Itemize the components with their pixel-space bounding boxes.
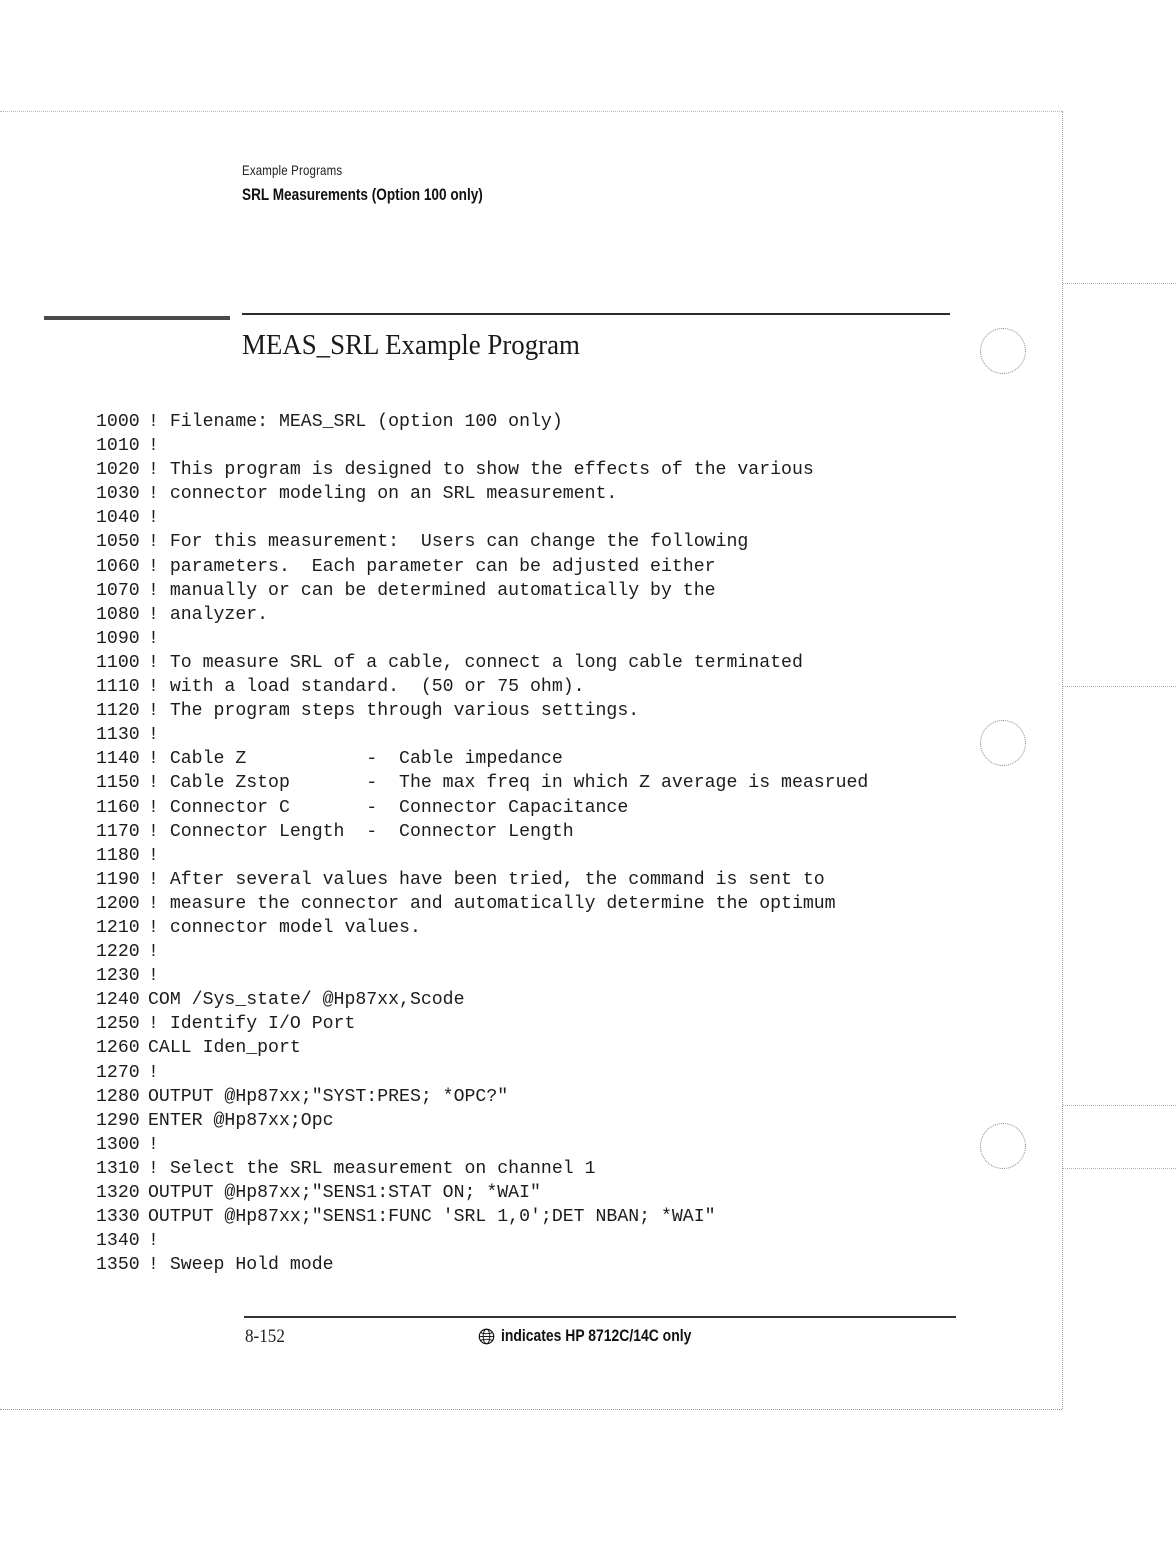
line-number: 1140 <box>96 747 148 771</box>
line-number: 1060 <box>96 555 148 579</box>
section-rule-thin <box>242 313 950 315</box>
line-number: 1260 <box>96 1036 148 1060</box>
line-text: ! <box>148 506 159 530</box>
line-number: 1200 <box>96 892 148 916</box>
line-text: ! connector modeling on an SRL measureme… <box>148 482 617 506</box>
line-text: ! Connector Length - Connector Length <box>148 820 574 844</box>
line-text: ! After several values have been tried, … <box>148 868 825 892</box>
tab-divider-line <box>1063 1168 1176 1169</box>
line-text: ! measure the connector and automaticall… <box>148 892 836 916</box>
line-text: OUTPUT @Hp87xx;"SENS1:FUNC 'SRL 1,0';DET… <box>148 1205 716 1229</box>
line-number: 1340 <box>96 1229 148 1253</box>
running-head-section: SRL Measurements (Option 100 only) <box>242 185 483 205</box>
line-text: ! <box>148 1229 159 1253</box>
code-line: 1220! <box>96 940 868 964</box>
line-text: COM /Sys_state/ @Hp87xx,Scode <box>148 988 465 1012</box>
code-line: 1050! For this measurement: Users can ch… <box>96 530 868 554</box>
line-number: 1190 <box>96 868 148 892</box>
code-line: 1150! Cable Zstop - The max freq in whic… <box>96 771 868 795</box>
line-text: ! manually or can be determined automati… <box>148 579 716 603</box>
code-line: 1320OUTPUT @Hp87xx;"SENS1:STAT ON; *WAI" <box>96 1181 868 1205</box>
line-number: 1220 <box>96 940 148 964</box>
line-text: ! Select the SRL measurement on channel … <box>148 1157 596 1181</box>
line-number: 1250 <box>96 1012 148 1036</box>
line-text: ! <box>148 723 159 747</box>
running-head: Example Programs SRL Measurements (Optio… <box>242 162 543 205</box>
line-number: 1070 <box>96 579 148 603</box>
globe-icon <box>478 1328 495 1345</box>
line-text: ! parameters. Each parameter can be adju… <box>148 555 716 579</box>
code-line: 1140! Cable Z - Cable impedance <box>96 747 868 771</box>
tab-divider-line <box>1063 686 1176 687</box>
line-number: 1160 <box>96 796 148 820</box>
line-text: ! Cable Zstop - The max freq in which Z … <box>148 771 868 795</box>
code-line: 1200! measure the connector and automati… <box>96 892 868 916</box>
code-line: 1180! <box>96 844 868 868</box>
code-line: 1170! Connector Length - Connector Lengt… <box>96 820 868 844</box>
line-text: ! For this measurement: Users can change… <box>148 530 748 554</box>
line-number: 1020 <box>96 458 148 482</box>
code-line: 1040! <box>96 506 868 530</box>
code-line: 1070! manually or can be determined auto… <box>96 579 868 603</box>
line-number: 1310 <box>96 1157 148 1181</box>
line-text: ! <box>148 964 159 988</box>
footer-note: indicates HP 8712C/14C only <box>478 1326 733 1346</box>
code-line: 1030! connector modeling on an SRL measu… <box>96 482 868 506</box>
line-number: 1270 <box>96 1061 148 1085</box>
code-line: 1110! with a load standard. (50 or 75 oh… <box>96 675 868 699</box>
code-line: 1250! Identify I/O Port <box>96 1012 868 1036</box>
code-line: 1270! <box>96 1061 868 1085</box>
code-line: 1340! <box>96 1229 868 1253</box>
footer-note-text: indicates HP 8712C/14C only <box>501 1326 691 1346</box>
line-number: 1230 <box>96 964 148 988</box>
line-number: 1110 <box>96 675 148 699</box>
line-number: 1150 <box>96 771 148 795</box>
line-text: ! <box>148 434 159 458</box>
code-line: 1350! Sweep Hold mode <box>96 1253 868 1277</box>
line-number: 1210 <box>96 916 148 940</box>
line-text: ! This program is designed to show the e… <box>148 458 814 482</box>
line-number: 1130 <box>96 723 148 747</box>
code-line: 1230! <box>96 964 868 988</box>
code-line: 1300! <box>96 1133 868 1157</box>
line-text: ! Connector C - Connector Capacitance <box>148 796 628 820</box>
punch-hole <box>980 328 1026 374</box>
code-line: 1310! Select the SRL measurement on chan… <box>96 1157 868 1181</box>
line-number: 1000 <box>96 410 148 434</box>
page-title: MEAS_SRL Example Program <box>242 330 580 362</box>
line-number: 1080 <box>96 603 148 627</box>
line-number: 1100 <box>96 651 148 675</box>
code-line: 1090! <box>96 627 868 651</box>
code-line: 1120! The program steps through various … <box>96 699 868 723</box>
line-number: 1180 <box>96 844 148 868</box>
code-line: 1330OUTPUT @Hp87xx;"SENS1:FUNC 'SRL 1,0'… <box>96 1205 868 1229</box>
code-line: 1100! To measure SRL of a cable, connect… <box>96 651 868 675</box>
code-line: 1020! This program is designed to show t… <box>96 458 868 482</box>
code-line: 1010! <box>96 434 868 458</box>
line-number: 1050 <box>96 530 148 554</box>
code-line: 1160! Connector C - Connector Capacitanc… <box>96 796 868 820</box>
line-text: ! Filename: MEAS_SRL (option 100 only) <box>148 410 563 434</box>
line-text: ! Cable Z - Cable impedance <box>148 747 563 771</box>
section-rule-thick <box>44 316 230 320</box>
line-number: 1030 <box>96 482 148 506</box>
line-text: ! Identify I/O Port <box>148 1012 355 1036</box>
code-line: 1080! analyzer. <box>96 603 868 627</box>
line-number: 1240 <box>96 988 148 1012</box>
running-head-subtitle: Example Programs <box>242 162 489 178</box>
tab-divider-line <box>1063 283 1176 284</box>
line-number: 1280 <box>96 1085 148 1109</box>
line-text: ! <box>148 844 159 868</box>
code-line: 1210! connector model values. <box>96 916 868 940</box>
line-text: ! connector model values. <box>148 916 421 940</box>
line-text: OUTPUT @Hp87xx;"SYST:PRES; *OPC?" <box>148 1085 508 1109</box>
line-text: ! Sweep Hold mode <box>148 1253 334 1277</box>
page-edge-bottom <box>0 1409 1062 1410</box>
line-text: CALL Iden_port <box>148 1036 301 1060</box>
page-edge-right <box>1062 111 1063 1409</box>
code-line: 1280OUTPUT @Hp87xx;"SYST:PRES; *OPC?" <box>96 1085 868 1109</box>
line-text: ! with a load standard. (50 or 75 ohm). <box>148 675 585 699</box>
page-number: 8-152 <box>245 1326 285 1348</box>
line-text: ! <box>148 627 159 651</box>
line-text: ! <box>148 940 159 964</box>
code-line: 1000! Filename: MEAS_SRL (option 100 onl… <box>96 410 868 434</box>
line-text: ! analyzer. <box>148 603 268 627</box>
line-number: 1170 <box>96 820 148 844</box>
line-text: ! <box>148 1133 159 1157</box>
line-number: 1290 <box>96 1109 148 1133</box>
code-line: 1260CALL Iden_port <box>96 1036 868 1060</box>
line-number: 1350 <box>96 1253 148 1277</box>
code-line: 1290ENTER @Hp87xx;Opc <box>96 1109 868 1133</box>
code-line: 1240COM /Sys_state/ @Hp87xx,Scode <box>96 988 868 1012</box>
line-text: ! To measure SRL of a cable, connect a l… <box>148 651 803 675</box>
line-number: 1320 <box>96 1181 148 1205</box>
line-text: ! <box>148 1061 159 1085</box>
code-line: 1190! After several values have been tri… <box>96 868 868 892</box>
line-number: 1090 <box>96 627 148 651</box>
punch-hole <box>980 720 1026 766</box>
line-text: ENTER @Hp87xx;Opc <box>148 1109 334 1133</box>
tab-divider-line <box>1063 1105 1176 1106</box>
page-edge-top <box>0 111 1062 112</box>
code-line: 1130! <box>96 723 868 747</box>
line-number: 1040 <box>96 506 148 530</box>
line-number: 1120 <box>96 699 148 723</box>
footer-rule <box>244 1316 956 1318</box>
program-listing: 1000! Filename: MEAS_SRL (option 100 onl… <box>96 410 868 1277</box>
punch-hole <box>980 1123 1026 1169</box>
line-number: 1330 <box>96 1205 148 1229</box>
code-line: 1060! parameters. Each parameter can be … <box>96 555 868 579</box>
line-number: 1010 <box>96 434 148 458</box>
line-number: 1300 <box>96 1133 148 1157</box>
line-text: OUTPUT @Hp87xx;"SENS1:STAT ON; *WAI" <box>148 1181 541 1205</box>
line-text: ! The program steps through various sett… <box>148 699 639 723</box>
